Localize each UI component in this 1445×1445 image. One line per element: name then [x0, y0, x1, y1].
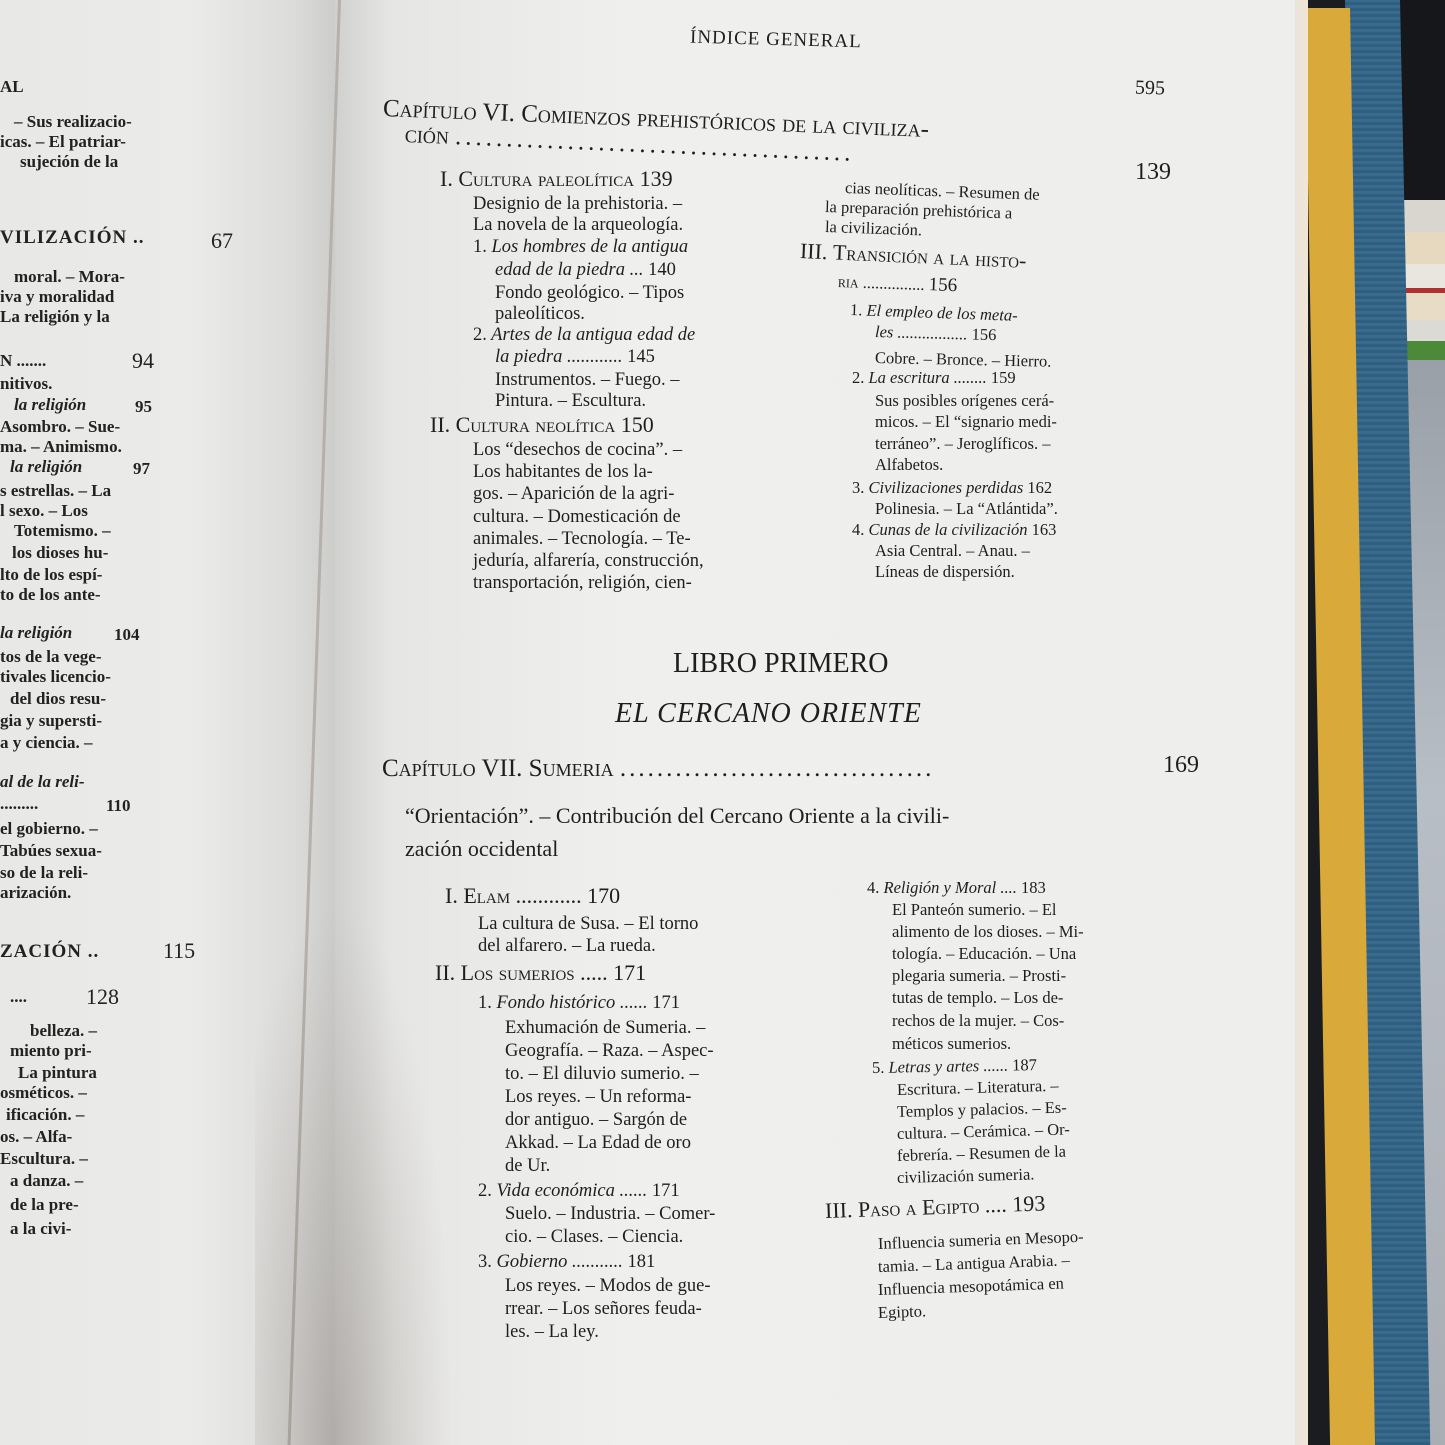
left-page-line: iva y moralidad — [0, 288, 114, 305]
summary-line: Los “desechos de cocina”. – — [473, 441, 682, 460]
left-page-line: a danza. – — [10, 1172, 83, 1189]
chapter-vii-intro-line: zación occidental — [405, 838, 558, 860]
book-subtitle: EL CERCANO ORIENTE — [615, 700, 922, 728]
summary-line: terráneo”. – Jeroglíficos. – — [875, 436, 1050, 453]
subsection-num: 2. — [473, 325, 487, 345]
subsection-title: Cunas de la civilización — [869, 520, 1028, 539]
page-number: 595 — [1135, 77, 1166, 98]
section-numeral: II. — [430, 412, 450, 437]
gutter-shadow — [255, 900, 455, 1445]
summary-line: Fondo geológico. – Tipos — [495, 284, 684, 303]
subsection-title: El empleo de los meta- — [866, 301, 1018, 325]
summary-line: La novela de la arqueología. — [473, 216, 683, 235]
summary-line: Geografía. – Raza. – Aspec- — [505, 1042, 714, 1061]
left-page-line: osméticos. – — [0, 1084, 87, 1101]
left-page-line: a y ciencia. – — [0, 734, 93, 751]
left-page-line: ificación. – — [6, 1106, 84, 1123]
summary-line: gos. – Aparición de la agri- — [473, 485, 674, 504]
subsection-page: 171 — [652, 993, 680, 1013]
left-page-line: N ....... — [0, 352, 46, 369]
left-page-line: Totemismo. – — [14, 522, 111, 539]
left-page-line: La pintura — [18, 1064, 97, 1081]
subsection-num: 1. — [850, 300, 863, 319]
subsection-title: les ................. — [875, 322, 968, 343]
summary-line: Los reyes. – Modos de gue- — [505, 1277, 711, 1296]
right-page: ÍNDICE GENERAL 595 Capítulo VI. Comienzo… — [335, 0, 1295, 1445]
dot-leader: .................................. — [620, 755, 935, 782]
summary-line: Polinesia. – La “Atlántida”. — [875, 501, 1058, 518]
section-page: 193 — [1012, 1190, 1046, 1216]
left-page-line: la religión — [10, 458, 82, 475]
left-page-line: del dios resu- — [10, 690, 106, 707]
summary-line: del alfarero. – La rueda. — [478, 937, 656, 956]
summary-line: Pintura. – Escultura. — [495, 392, 646, 411]
summary-line: méticos sumerios. — [892, 1036, 1011, 1053]
subsection-num: 1. — [473, 237, 487, 257]
summary-line: Exhumación de Sumeria. – — [505, 1019, 705, 1038]
subsection-page: 187 — [1012, 1055, 1037, 1074]
left-page-line: a la civi- — [10, 1220, 71, 1237]
summary-line: alimento de los dioses. – Mi- — [892, 924, 1084, 941]
left-page-line: sujeción de la — [20, 153, 118, 170]
section-numeral: III. — [825, 1197, 853, 1223]
left-page-line: ma. – Animismo. — [0, 438, 122, 455]
left-page-line: Tabúes sexua- — [0, 842, 102, 859]
subsection-title: Gobierno ........... — [497, 1252, 623, 1272]
left-page-line: l sexo. – Los — [0, 502, 88, 519]
left-page-line: 110 — [106, 797, 131, 814]
summary-line: rrear. – Los señores feuda- — [505, 1300, 702, 1319]
summary-line: micos. – El “signario medi- — [875, 414, 1057, 431]
summary-line: Sus posibles orígenes cerá- — [875, 393, 1054, 410]
left-page-line: los dioses hu- — [12, 544, 108, 561]
subsection-title: Letras y artes ...... — [888, 1056, 1008, 1077]
summary-line: febrería. – Resumen de la — [897, 1144, 1066, 1165]
chapter-vii-title: Capítulo VII. Sumeria — [382, 755, 614, 782]
left-page-line: 94 — [132, 350, 154, 372]
summary-line: Akkad. – La Edad de oro — [505, 1134, 691, 1153]
left-page-line: al de la reli- — [0, 773, 85, 790]
chapter-vi-page: 139 — [1135, 160, 1171, 184]
subsection-title: Civilizaciones perdidas — [869, 478, 1024, 497]
section-page: 150 — [621, 412, 654, 437]
left-page-line: moral. – Mora- — [14, 268, 125, 285]
left-page-line: nitivos. — [0, 375, 52, 392]
left-page-line: Escultura. – — [0, 1150, 88, 1167]
section-title: Elam ............ — [463, 883, 581, 908]
subsection-title: la piedra ............ — [495, 347, 622, 367]
subsection-num: 4. — [867, 878, 879, 897]
subsection-num: 2. — [478, 1181, 492, 1201]
summary-line: rechos de la mujer. – Cos- — [892, 1013, 1064, 1030]
summary-line: Influencia sumeria en Mesopo- — [878, 1229, 1084, 1253]
summary-line: Suelo. – Industria. – Comer- — [505, 1205, 715, 1224]
left-page-line: la religión — [14, 396, 86, 413]
section-page: 156 — [928, 274, 957, 296]
subsection-num: 5. — [872, 1058, 885, 1077]
subsection-num: 1. — [478, 993, 492, 1013]
summary-line: cultura. – Domesticación de — [473, 508, 681, 527]
subsection-num: 3. — [852, 478, 864, 497]
summary-line: tamia. – La antigua Arabia. – — [878, 1252, 1070, 1275]
left-page-line: 104 — [114, 626, 140, 643]
section-page: 139 — [640, 166, 673, 191]
subsection-page: 171 — [652, 1181, 680, 1201]
left-page-line: 95 — [135, 398, 152, 415]
left-page-line: La religión y la — [0, 308, 110, 325]
left-page-line: – Sus realizacio- — [14, 113, 132, 130]
subsection-num: 4. — [852, 520, 864, 539]
section-numeral: III. — [799, 238, 828, 264]
summary-line: la civilización. — [825, 219, 923, 239]
chapter-vii-page: 169 — [1163, 753, 1199, 777]
summary-line: les. – La ley. — [505, 1323, 599, 1342]
section-title: Transición a la histo- — [832, 239, 1027, 272]
left-page-line: 97 — [133, 460, 150, 477]
left-page-line: arización. — [0, 884, 71, 901]
left-page-line: gia y supersti- — [0, 712, 102, 729]
subsection-title: Vida económica ...... — [497, 1181, 648, 1201]
left-page-line: os. – Alfa- — [0, 1128, 72, 1145]
left-page-line: de la pre- — [10, 1196, 79, 1213]
left-page-line: 128 — [86, 986, 119, 1008]
subsection-page: 181 — [628, 1252, 656, 1272]
running-head: ÍNDICE GENERAL — [690, 28, 862, 52]
summary-line: Los reyes. – Un reforma- — [505, 1088, 691, 1107]
left-page-line: tivales licencio- — [0, 668, 111, 685]
left-page-line: AL — [0, 78, 24, 95]
left-page-line: miento pri- — [10, 1042, 92, 1059]
book-label: LIBRO PRIMERO — [673, 650, 888, 678]
left-page-line: 115 — [163, 940, 195, 962]
left-page-line: VILIZACIÓN .. — [0, 228, 144, 247]
summary-line: tología. – Educación. – Una — [892, 946, 1076, 963]
summary-line: tutas de templo. – Los de- — [892, 990, 1063, 1007]
subsection-num: 2. — [852, 368, 864, 387]
subsection-title: edad de la piedra ... — [495, 260, 644, 280]
section-title: Los sumerios ..... — [461, 960, 608, 985]
summary-line: paleolíticos. — [495, 305, 585, 324]
left-page-line: 67 — [211, 230, 233, 252]
left-page-line: la religión — [0, 624, 72, 641]
summary-line: Designio de la prehistoria. – — [473, 195, 682, 214]
subsection-page: 183 — [1021, 878, 1046, 897]
chapter-vii-intro-line: “Orientación”. – Contribución del Cercan… — [405, 805, 949, 827]
subsection-title: Fondo histórico ...... — [497, 993, 648, 1013]
summary-line: transportación, religión, cien- — [473, 574, 692, 593]
left-page-line: .... — [10, 988, 27, 1005]
left-page-line: lto de los espí- — [0, 566, 102, 583]
subsection-title: Los hombres de la antigua — [492, 237, 689, 257]
left-page-line: ......... — [0, 795, 38, 812]
summary-line: cultura. – Cerámica. – Or- — [897, 1121, 1070, 1142]
summary-line: La cultura de Susa. – El torno — [478, 915, 698, 934]
left-page-line: so de la reli- — [0, 864, 88, 881]
summary-line: Influencia mesopotámica en — [878, 1276, 1064, 1299]
summary-line: Los habitantes de los la- — [473, 463, 653, 482]
summary-line: Instrumentos. – Fuego. – — [495, 371, 679, 390]
subsection-page: 163 — [1032, 520, 1057, 539]
summary-line: animales. – Tecnología. – Te- — [473, 530, 691, 549]
section-title: ria ............... — [838, 272, 925, 294]
subsection-title: La escritura ........ — [869, 368, 987, 387]
summary-line: plegaria sumeria. – Prosti- — [892, 968, 1066, 985]
subsection-title: Religión y Moral .... — [884, 878, 1017, 897]
subsection-page: 156 — [971, 325, 996, 345]
section-numeral: I. — [440, 166, 453, 191]
summary-line: Asia Central. – Anau. – — [875, 543, 1030, 560]
summary-line: jeduría, alfarería, construcción, — [473, 552, 704, 571]
subsection-page: 162 — [1027, 478, 1052, 497]
section-page: 171 — [613, 960, 646, 985]
left-page-line: tos de la vege- — [0, 648, 102, 665]
section-title: Paso a Egipto .... — [858, 1192, 1008, 1222]
left-page-line: ZACIÓN .. — [0, 942, 99, 961]
section-title: Cultura paleolítica — [458, 166, 634, 191]
summary-line: Escritura. – Literatura. – — [897, 1078, 1059, 1099]
subsection-page: 145 — [627, 347, 655, 367]
subsection-num: 3. — [478, 1252, 492, 1272]
summary-line: Alfabetos. — [875, 457, 943, 474]
summary-line: to. – El diluvio sumerio. – — [505, 1065, 699, 1084]
section-title: Cultura neolítica — [456, 412, 616, 437]
left-page-line: Asombro. – Sue- — [0, 418, 120, 435]
summary-line: cio. – Clases. – Ciencia. — [505, 1228, 683, 1247]
summary-line: Líneas de dispersión. — [875, 564, 1015, 581]
left-page-line: belleza. – — [30, 1022, 97, 1039]
summary-line: El Panteón sumerio. – El — [892, 902, 1057, 919]
left-page-line: icas. – El patriar- — [0, 133, 126, 150]
subsection-title: Artes de la antigua edad de — [491, 325, 695, 345]
left-page-line: el gobierno. – — [0, 820, 98, 837]
summary-line: dor antiguo. – Sargón de — [505, 1111, 687, 1130]
summary-line: civilización sumeria. — [897, 1166, 1035, 1186]
summary-line: Templos y palacios. – Es- — [897, 1100, 1067, 1121]
summary-line: Egipto. — [878, 1303, 927, 1321]
left-page-line: s estrellas. – La — [0, 482, 111, 499]
section-page: 170 — [587, 883, 620, 908]
subsection-page: 159 — [991, 368, 1016, 387]
summary-line: de Ur. — [505, 1157, 550, 1176]
subsection-page: 140 — [648, 260, 676, 280]
left-page-line: to de los ante- — [0, 586, 101, 603]
open-book-photo: AL– Sus realizacio-icas. – El patriar-su… — [0, 0, 1445, 1445]
